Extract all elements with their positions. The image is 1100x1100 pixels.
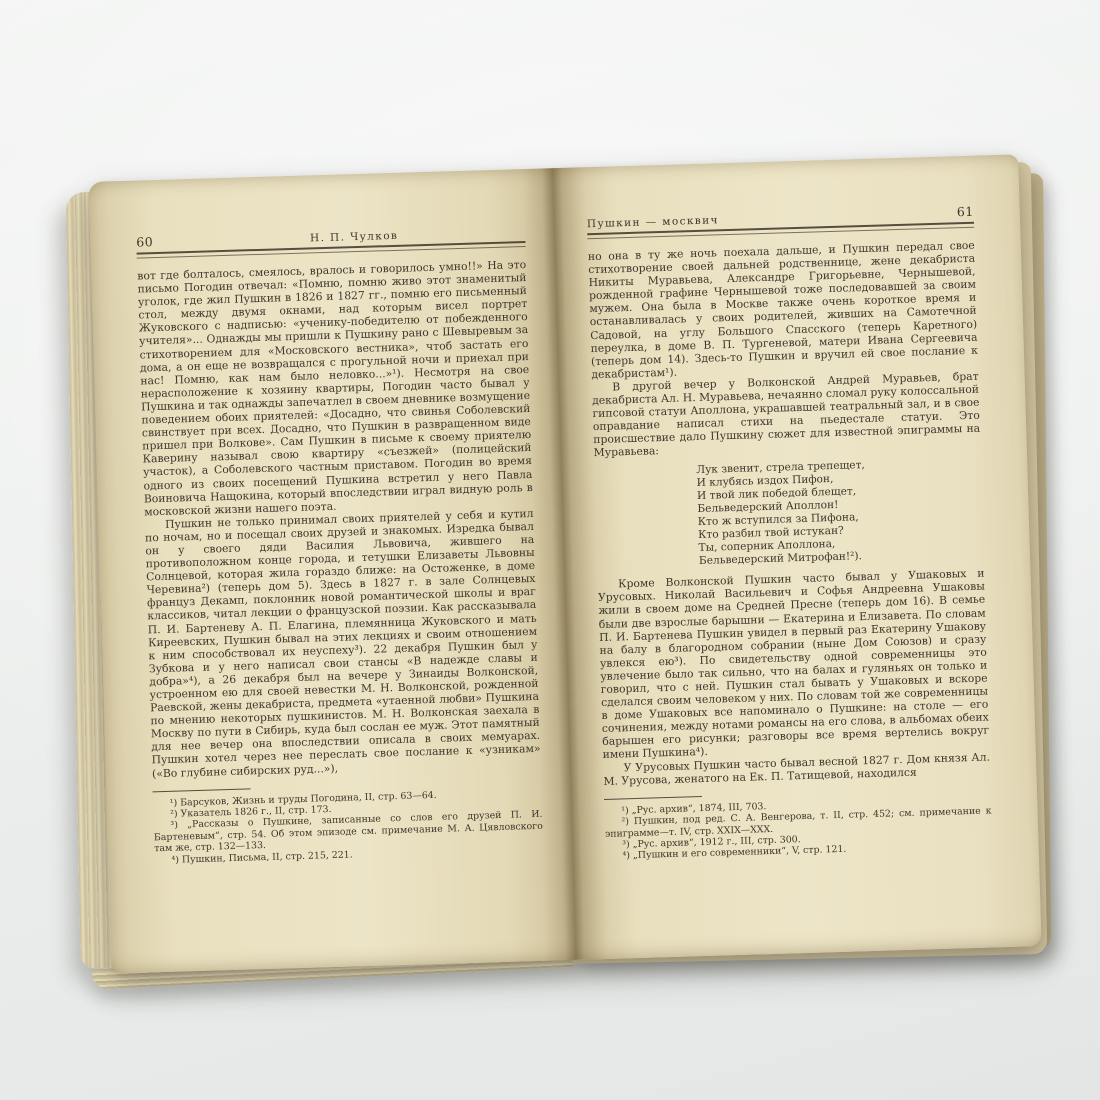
paragraph: вот где болталось, смеялось, вралось и г… — [137, 258, 533, 518]
paragraph: Пушкин не только принимал своих приятеле… — [144, 507, 541, 780]
header-spacer — [485, 235, 525, 236]
book-page-right: Пушкин — москвич 61 но она в ту же ночь … — [553, 154, 1041, 959]
page-number-right: 61 — [957, 204, 974, 219]
paragraph: В другой вечер у Волконской Андрей Мурав… — [592, 370, 981, 460]
paragraph: Кроме Волконской Пушкин часто бывал у Уш… — [597, 567, 989, 762]
footnote-rule-right — [604, 796, 702, 800]
photo-background: 60 Н. П. Чулков вот где болталось, смеял… — [0, 0, 1100, 1100]
page-number-left: 60 — [136, 234, 153, 249]
book-page-left: 60 Н. П. Чулков вот где болталось, смеял… — [88, 168, 576, 973]
paragraph: но она в ту же ночь поехала дальше, и Пу… — [588, 239, 979, 381]
footnotes-left: ¹) Барсуков, Жизнь и труды Погодина, II,… — [153, 786, 544, 866]
body-text-left: вот где болталось, смеялось, вралось и г… — [137, 258, 541, 780]
open-book: 60 Н. П. Чулков вот где болталось, смеял… — [88, 154, 1041, 973]
body-text-right: но она в ту же ночь поехала дальше, и Пу… — [588, 239, 991, 788]
footnotes-right: ¹) „Рус. архив“, 1874, III, 703. ²) Пушк… — [604, 794, 993, 862]
epigram-poem: Лук звенит, стрела трепещет, И клубясь и… — [696, 455, 984, 568]
open-book-spread: 60 Н. П. Чулков вот где болталось, смеял… — [88, 154, 1041, 973]
footnote-rule-left — [153, 788, 251, 792]
